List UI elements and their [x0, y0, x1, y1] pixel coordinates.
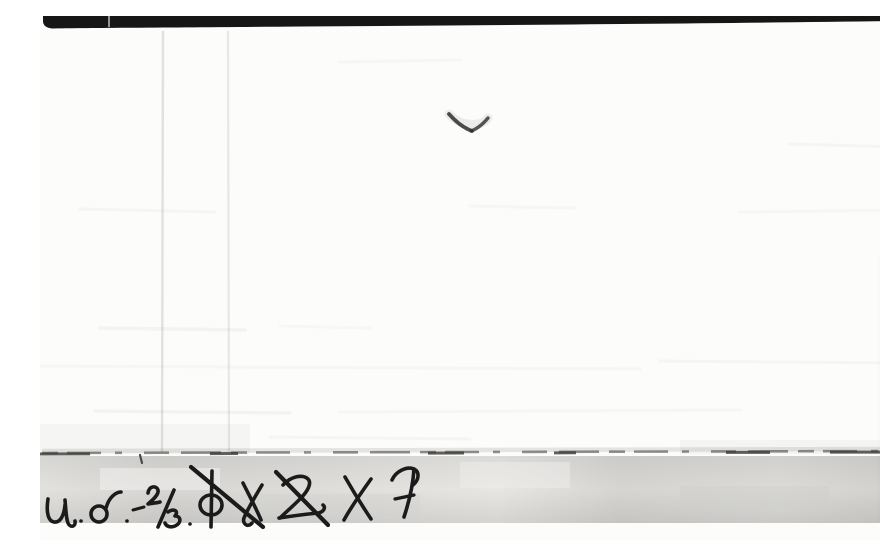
fold-line-right: [228, 31, 229, 452]
dot: [125, 519, 129, 523]
scan-canvas: [40, 16, 880, 540]
right-edge-shadow: [876, 256, 880, 522]
dot: [188, 522, 192, 526]
scanned-document: Ц.б.-2/3. Ф. followed by crossed-out cha…: [40, 16, 880, 540]
letter-ef-stem: [211, 471, 212, 527]
fold-line-left: [162, 31, 163, 452]
crease-dashed-line: [40, 449, 880, 454]
dot: [79, 519, 83, 523]
